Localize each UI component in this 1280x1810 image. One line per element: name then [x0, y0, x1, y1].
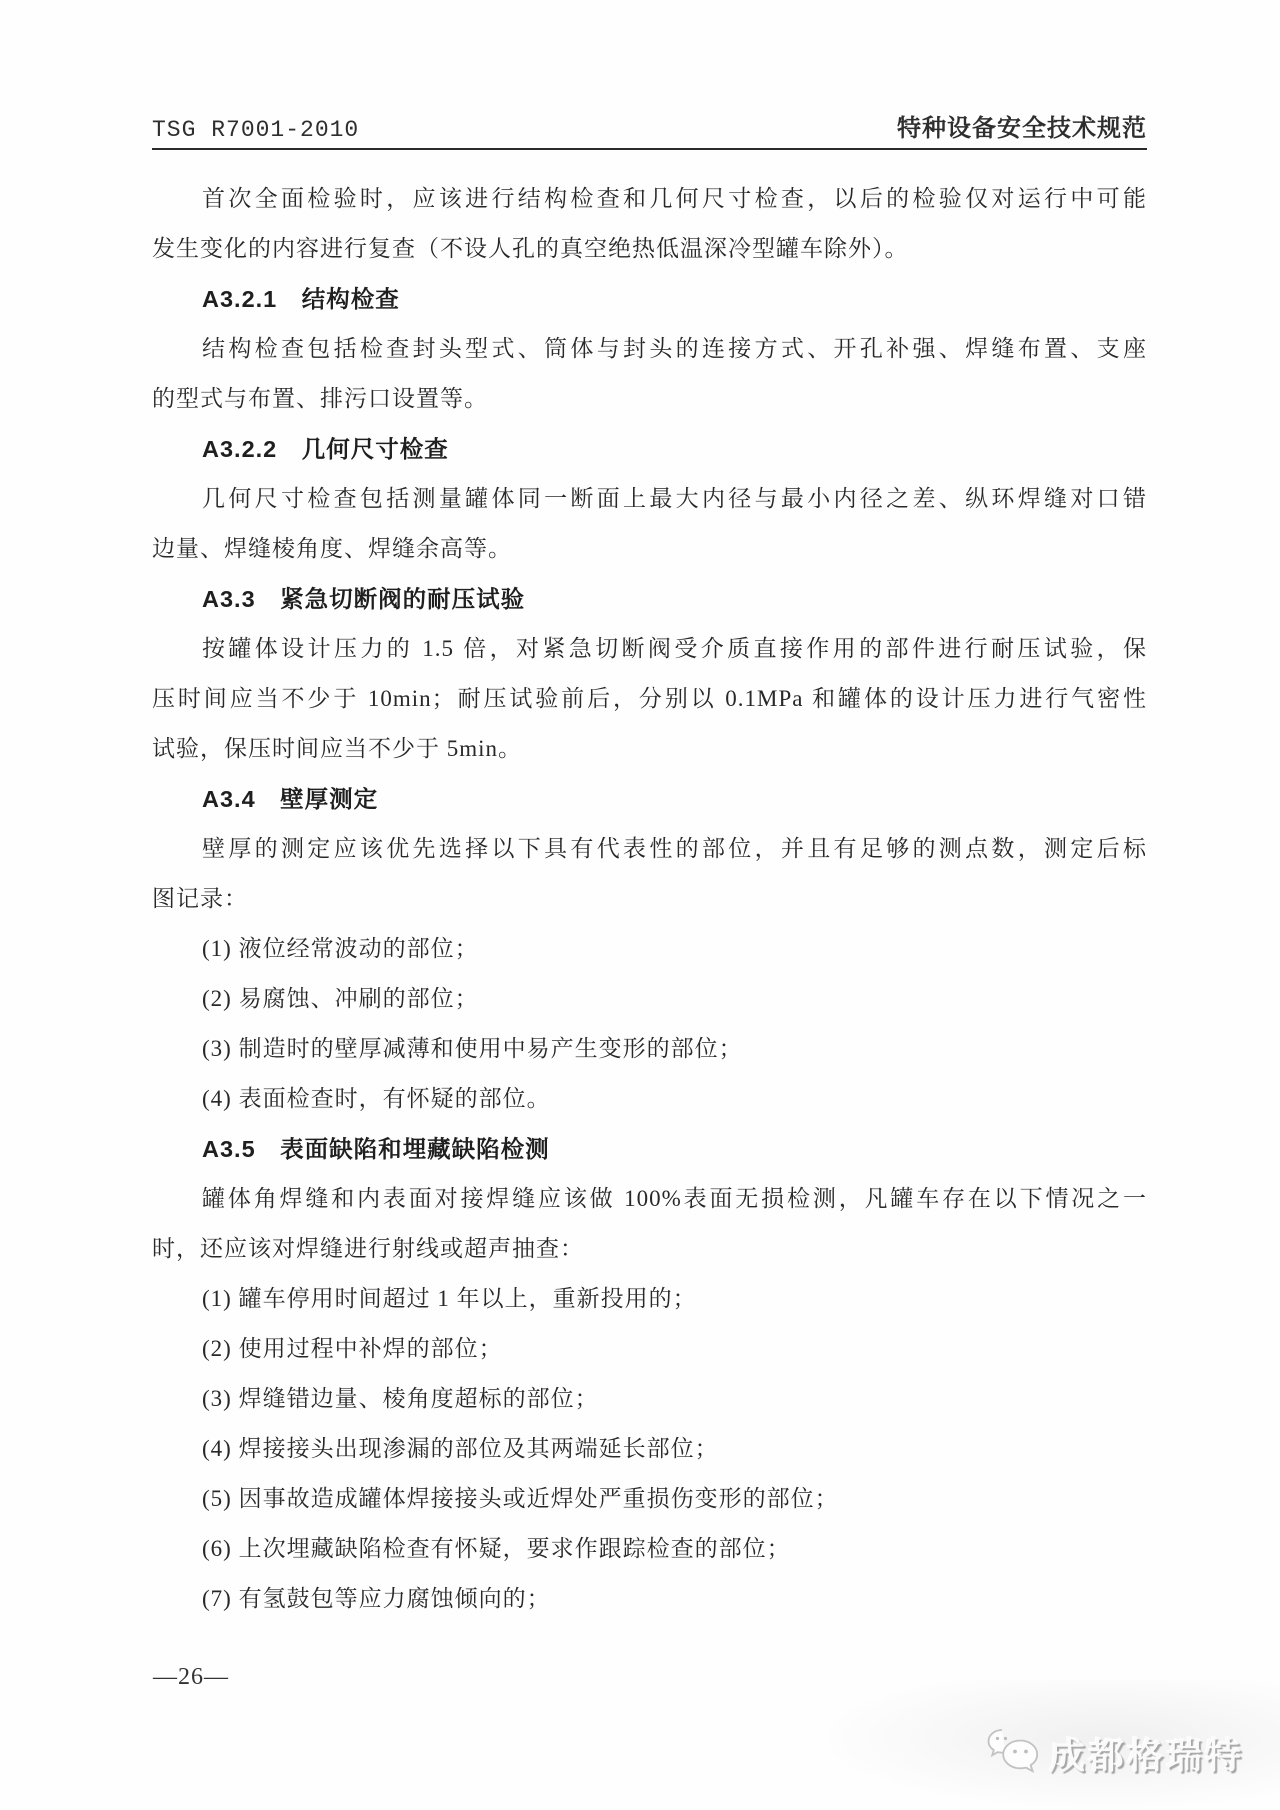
text-line: (7) 有氢鼓包等应力腐蚀倾向的；: [152, 1574, 1147, 1624]
text-line: (1) 液位经常波动的部位；: [152, 924, 1147, 974]
text-line: (3) 制造时的壁厚减薄和使用中易产生变形的部位；: [152, 1024, 1147, 1074]
text-line: (2) 使用过程中补焊的部位；: [152, 1324, 1147, 1374]
text-line: (1) 罐车停用时间超过 1 年以上，重新投用的；: [152, 1274, 1147, 1324]
section-heading: A3.5 表面缺陷和埋藏缺陷检测: [152, 1124, 1147, 1174]
text-line: 试验，保压时间应当不少于 5min。: [152, 724, 1147, 774]
text-line: 图记录：: [152, 874, 1147, 924]
section-heading: A3.3 紧急切断阀的耐压试验: [152, 574, 1147, 624]
text-line: 时，还应该对焊缝进行射线或超声抽查：: [152, 1224, 1147, 1274]
text-line: (2) 易腐蚀、冲刷的部位；: [152, 974, 1147, 1024]
document-title: 特种设备安全技术规范: [897, 108, 1147, 143]
text-line: 首次全面检验时，应该进行结构检查和几何尺寸检查，以后的检验仅对运行中可能: [152, 174, 1147, 224]
text-line: 几何尺寸检查包括测量罐体同一断面上最大内径与最小内径之差、纵环焊缝对口错: [152, 474, 1147, 524]
text-line: (3) 焊缝错边量、棱角度超标的部位；: [152, 1374, 1147, 1424]
text-line: 的型式与布置、排污口设置等。: [152, 374, 1147, 424]
text-line: (6) 上次埋藏缺陷检查有怀疑，要求作跟踪检查的部位；: [152, 1524, 1147, 1574]
wechat-icon: [985, 1727, 1041, 1779]
page-header: TSG R7001-2010 特种设备安全技术规范: [152, 104, 1147, 150]
watermark-label: 成都格瑞特: [1049, 1728, 1244, 1779]
text-line: 边量、焊缝棱角度、焊缝余高等。: [152, 524, 1147, 574]
section-heading: A3.2.1 结构检查: [152, 274, 1147, 324]
text-line: 压时间应当不少于 10min；耐压试验前后，分别以 0.1MPa 和罐体的设计压…: [152, 674, 1147, 724]
text-line: 壁厚的测定应该优先选择以下具有代表性的部位，并且有足够的测点数，测定后标: [152, 824, 1147, 874]
text-line: (5) 因事故造成罐体焊接接头或近焊处严重损伤变形的部位；: [152, 1474, 1147, 1524]
section-heading: A3.4 壁厚测定: [152, 774, 1147, 824]
text-line: 结构检查包括检查封头型式、筒体与封头的连接方式、开孔补强、焊缝布置、支座: [152, 324, 1147, 374]
watermark: 成都格瑞特: [985, 1727, 1244, 1779]
text-line: (4) 焊接接头出现渗漏的部位及其两端延长部位；: [152, 1424, 1147, 1474]
section-heading: A3.2.2 几何尺寸检查: [152, 424, 1147, 474]
text-line: 罐体角焊缝和内表面对接焊缝应该做 100%表面无损检测，凡罐车存在以下情况之一: [152, 1174, 1147, 1224]
body-lines: 首次全面检验时，应该进行结构检查和几何尺寸检查，以后的检验仅对运行中可能发生变化…: [152, 174, 1147, 1624]
text-line: 按罐体设计压力的 1.5 倍，对紧急切断阀受介质直接作用的部件进行耐压试验，保: [152, 624, 1147, 674]
text-line: (4) 表面检查时，有怀疑的部位。: [152, 1074, 1147, 1124]
document-code: TSG R7001-2010: [152, 117, 359, 143]
text-line: 发生变化的内容进行复查（不设人孔的真空绝热低温深冷型罐车除外）。: [152, 224, 1147, 274]
page-number: —26—: [153, 1664, 229, 1691]
document-page: TSG R7001-2010 特种设备安全技术规范 首次全面检验时，应该进行结构…: [0, 0, 1280, 1810]
